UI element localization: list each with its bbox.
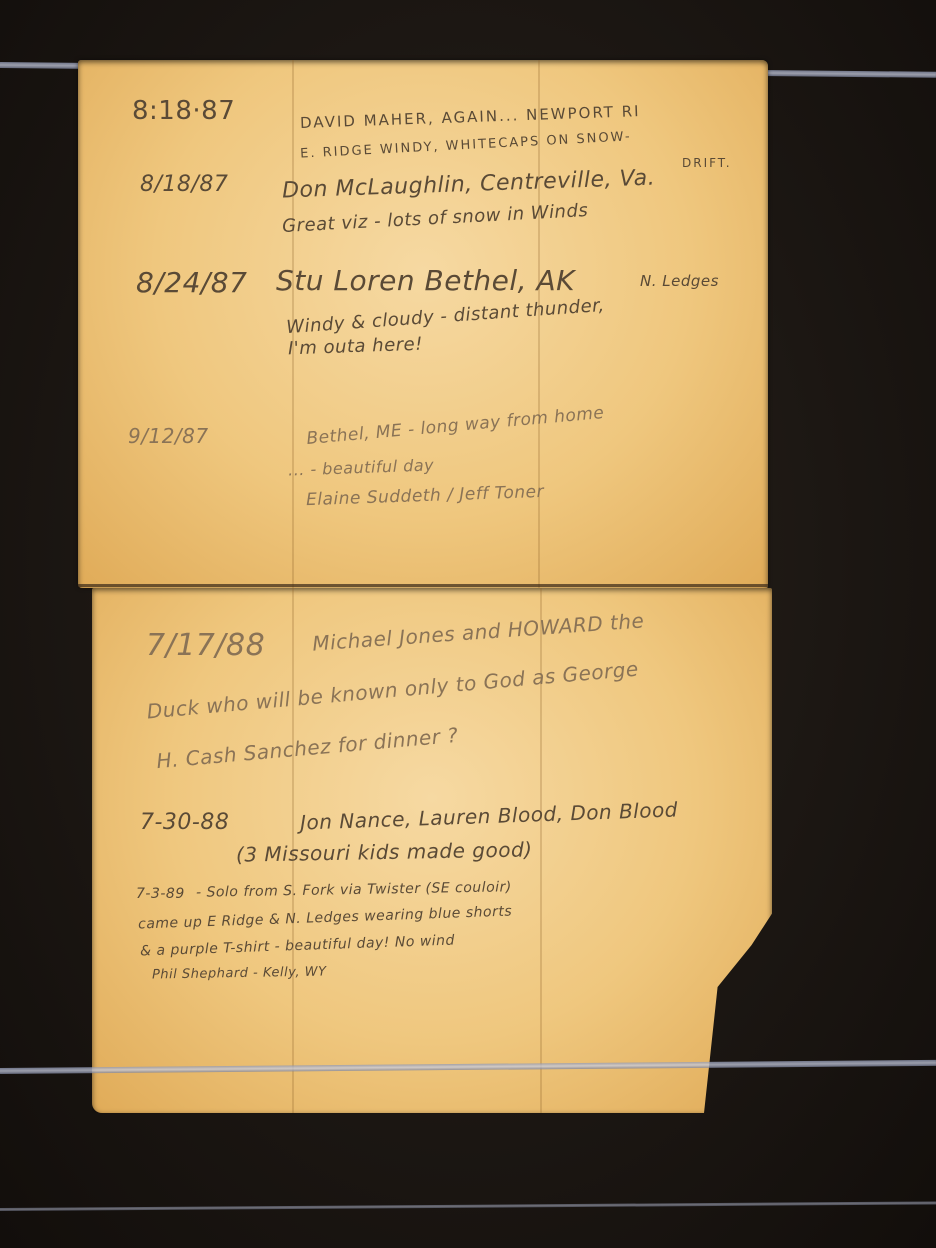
entry-date: 8/18/87 — [140, 172, 228, 197]
paper-tear — [78, 584, 768, 587]
entry-line: Stu Loren Bethel, AK — [276, 264, 575, 297]
plastic-sleeve-reflection — [0, 1201, 936, 1211]
entry-date: 9/12/87 — [128, 424, 209, 448]
entry-line: N. Ledges — [640, 272, 719, 290]
entry-date: 8/24/87 — [136, 266, 247, 299]
entry-line: Phil Shephard - Kelly, WY — [152, 964, 327, 982]
entry-date: 7-3-89 — [136, 886, 185, 902]
entry-line: DRIFT. — [682, 156, 732, 170]
entry-date: 7/17/88 — [146, 628, 265, 663]
entry-date: 8:18·87 — [132, 96, 235, 126]
entry-date: 7-30-88 — [140, 810, 229, 835]
